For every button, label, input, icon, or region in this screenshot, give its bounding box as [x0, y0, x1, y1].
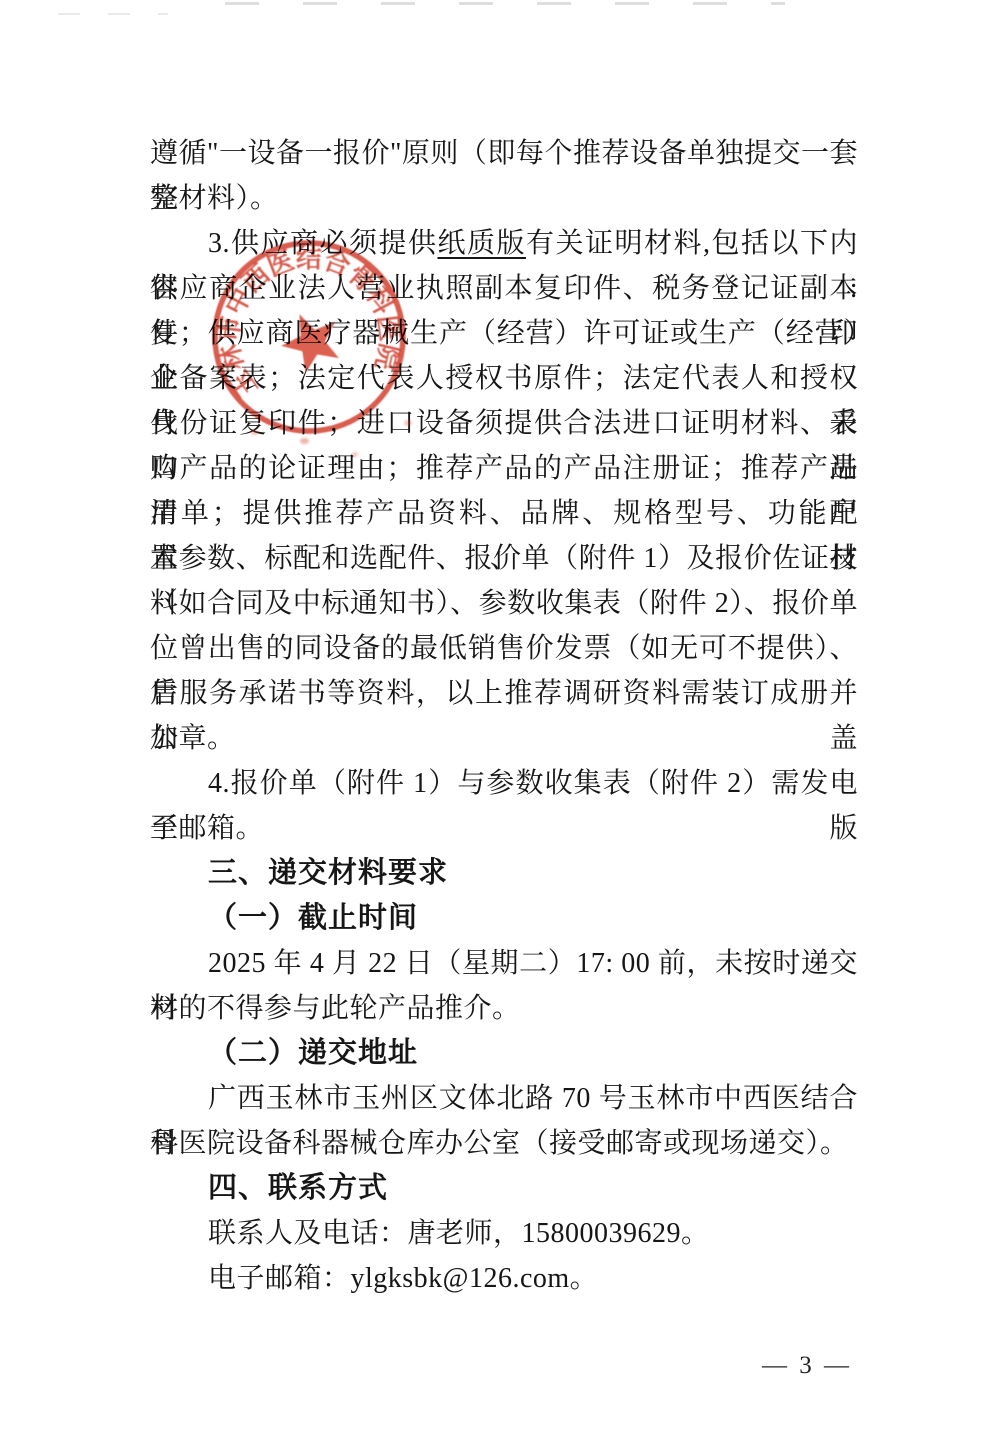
ink-speck	[352, 452, 358, 457]
ink-speck	[404, 420, 412, 426]
contact-email-line: 电子邮箱：ylgksbk@126.com。	[150, 1256, 858, 1301]
text-line: 位曾出售的同设备的最低销售价发票（如无可不提供）、售	[150, 626, 858, 671]
page-number: — 3 —	[762, 1352, 852, 1380]
text-line: 科医院设备科器械仓库办公室（接受邮寄或现场递交）。	[150, 1121, 858, 1166]
text-line: 4.报价单（附件 1）与参数收集表（附件 2）需发电子版	[150, 761, 858, 806]
scanned-document-page: 遵循"一设备一报价"原则（即每个推荐设备单独提交一套完 整材料）。 3.供应商必…	[0, 0, 1000, 1450]
official-seal-stamp: 玉林市中西医结合骨科医院	[178, 206, 440, 468]
text-line: （如合同及中标通知书）、参数收集表（附件 2）、报价单	[150, 581, 858, 626]
subsection-heading: （一）截止时间	[150, 896, 858, 941]
text-line: 遵循"一设备一报价"原则（即每个推荐设备单独提交一套完	[150, 131, 858, 176]
text-line: 清单；提供推荐产品资料、品牌、规格型号、功能配置、技	[150, 491, 858, 536]
scan-artifact	[225, 2, 785, 5]
star-icon	[272, 302, 349, 377]
text-line: 料的不得参与此轮产品推介。	[150, 986, 858, 1031]
subsection-heading: （二）递交地址	[150, 1031, 858, 1076]
svg-text:玉林市中西医结合骨科医院: 玉林市中西医结合骨科医院	[198, 227, 412, 405]
underlined-term: 纸质版	[437, 228, 526, 259]
text-line: 整材料）。	[150, 176, 858, 221]
contact-phone-line: 联系人及电话：唐老师，15800039629。	[150, 1211, 858, 1256]
scan-artifact	[58, 13, 168, 15]
seal-ring-text: 玉林市中西医结合骨科医院	[198, 227, 412, 405]
section-heading: 四、联系方式	[150, 1166, 858, 1211]
ink-speck	[300, 438, 309, 444]
text-line: 广西玉林市玉州区文体北路 70 号玉林市中西医结合骨	[150, 1076, 858, 1121]
ink-speck	[251, 430, 258, 435]
section-heading: 三、递交材料要求	[150, 851, 858, 896]
text-line: 术参数、标配和选配件、报价单（附件 1）及报价佐证材料	[150, 536, 858, 581]
text-line: 后服务承诺书等资料，以上推荐调研资料需装订成册并加盖	[150, 671, 858, 716]
text-line: 2025 年 4 月 22 日（星期二）17: 00 前，未按时递交材	[150, 941, 858, 986]
